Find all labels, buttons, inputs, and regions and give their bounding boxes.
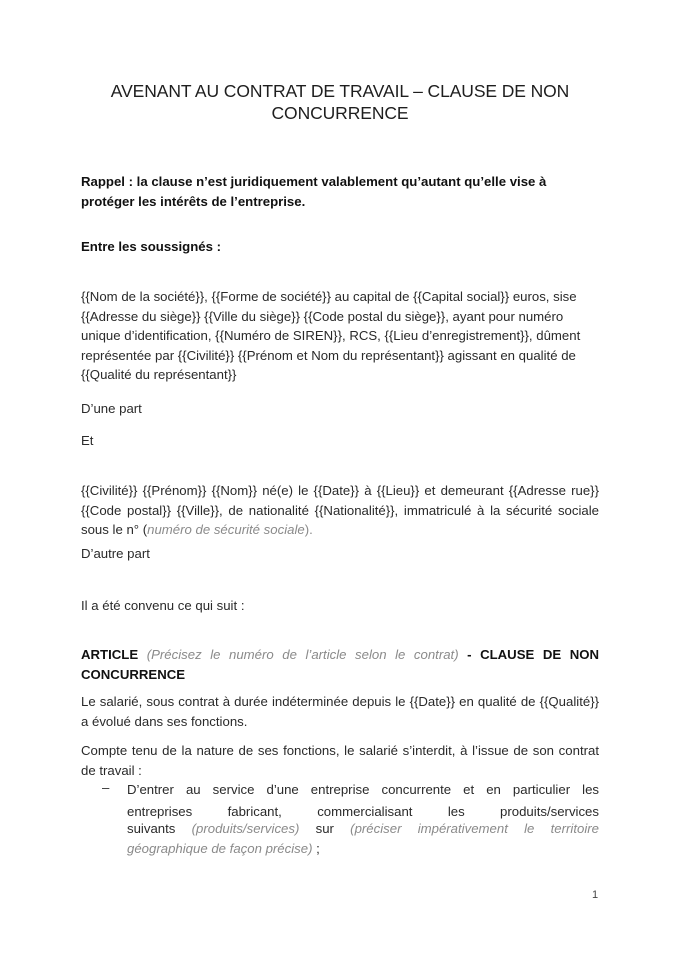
employee-evolution-paragraph: Le salarié, sous contrat à durée indéter…: [81, 692, 599, 731]
products-placeholder: (produits/services): [192, 821, 300, 836]
between-label: Entre les soussignés :: [81, 237, 599, 257]
other-part-label: D’autre part: [81, 544, 599, 564]
and-label: Et: [81, 431, 599, 451]
list-item-rest: suivants (produits/services) sur (précis…: [127, 819, 599, 858]
article-heading: ARTICLE (Précisez le numéro de l’article…: [81, 645, 599, 684]
document-page: AVENANT AU CONTRAT DE TRAVAIL – CLAUSE D…: [0, 0, 680, 961]
page-number: 1: [592, 889, 598, 901]
list-item-text: sur: [299, 821, 350, 836]
employee-paragraph: {{Civilité}} {{Prénom}} {{Nom}} né(e) le…: [81, 481, 599, 540]
company-paragraph: {{Nom de la société}}, {{Forme de sociét…: [81, 287, 599, 385]
agreed-label: Il a été convenu ce qui suit :: [81, 596, 599, 616]
list-item-text: ;: [313, 841, 320, 856]
given-nature-paragraph: Compte tenu de la nature de ses fonction…: [81, 741, 599, 780]
employee-text-end: ).: [305, 522, 313, 537]
list-bullet-dash: –: [102, 780, 109, 795]
article-label: ARTICLE: [81, 647, 138, 662]
social-security-placeholder: numéro de sécurité sociale: [147, 522, 305, 537]
list-item-line-1: D’entrer au service d’une entreprise con…: [127, 780, 599, 800]
reminder-note: Rappel : la clause n’est juridiquement v…: [81, 172, 599, 211]
document-title: AVENANT AU CONTRAT DE TRAVAIL – CLAUSE D…: [80, 80, 600, 124]
list-item-text: suivants: [127, 821, 192, 836]
article-number-placeholder: (Précisez le numéro de l’article selon l…: [147, 647, 459, 662]
one-part-label: D’une part: [81, 399, 599, 419]
